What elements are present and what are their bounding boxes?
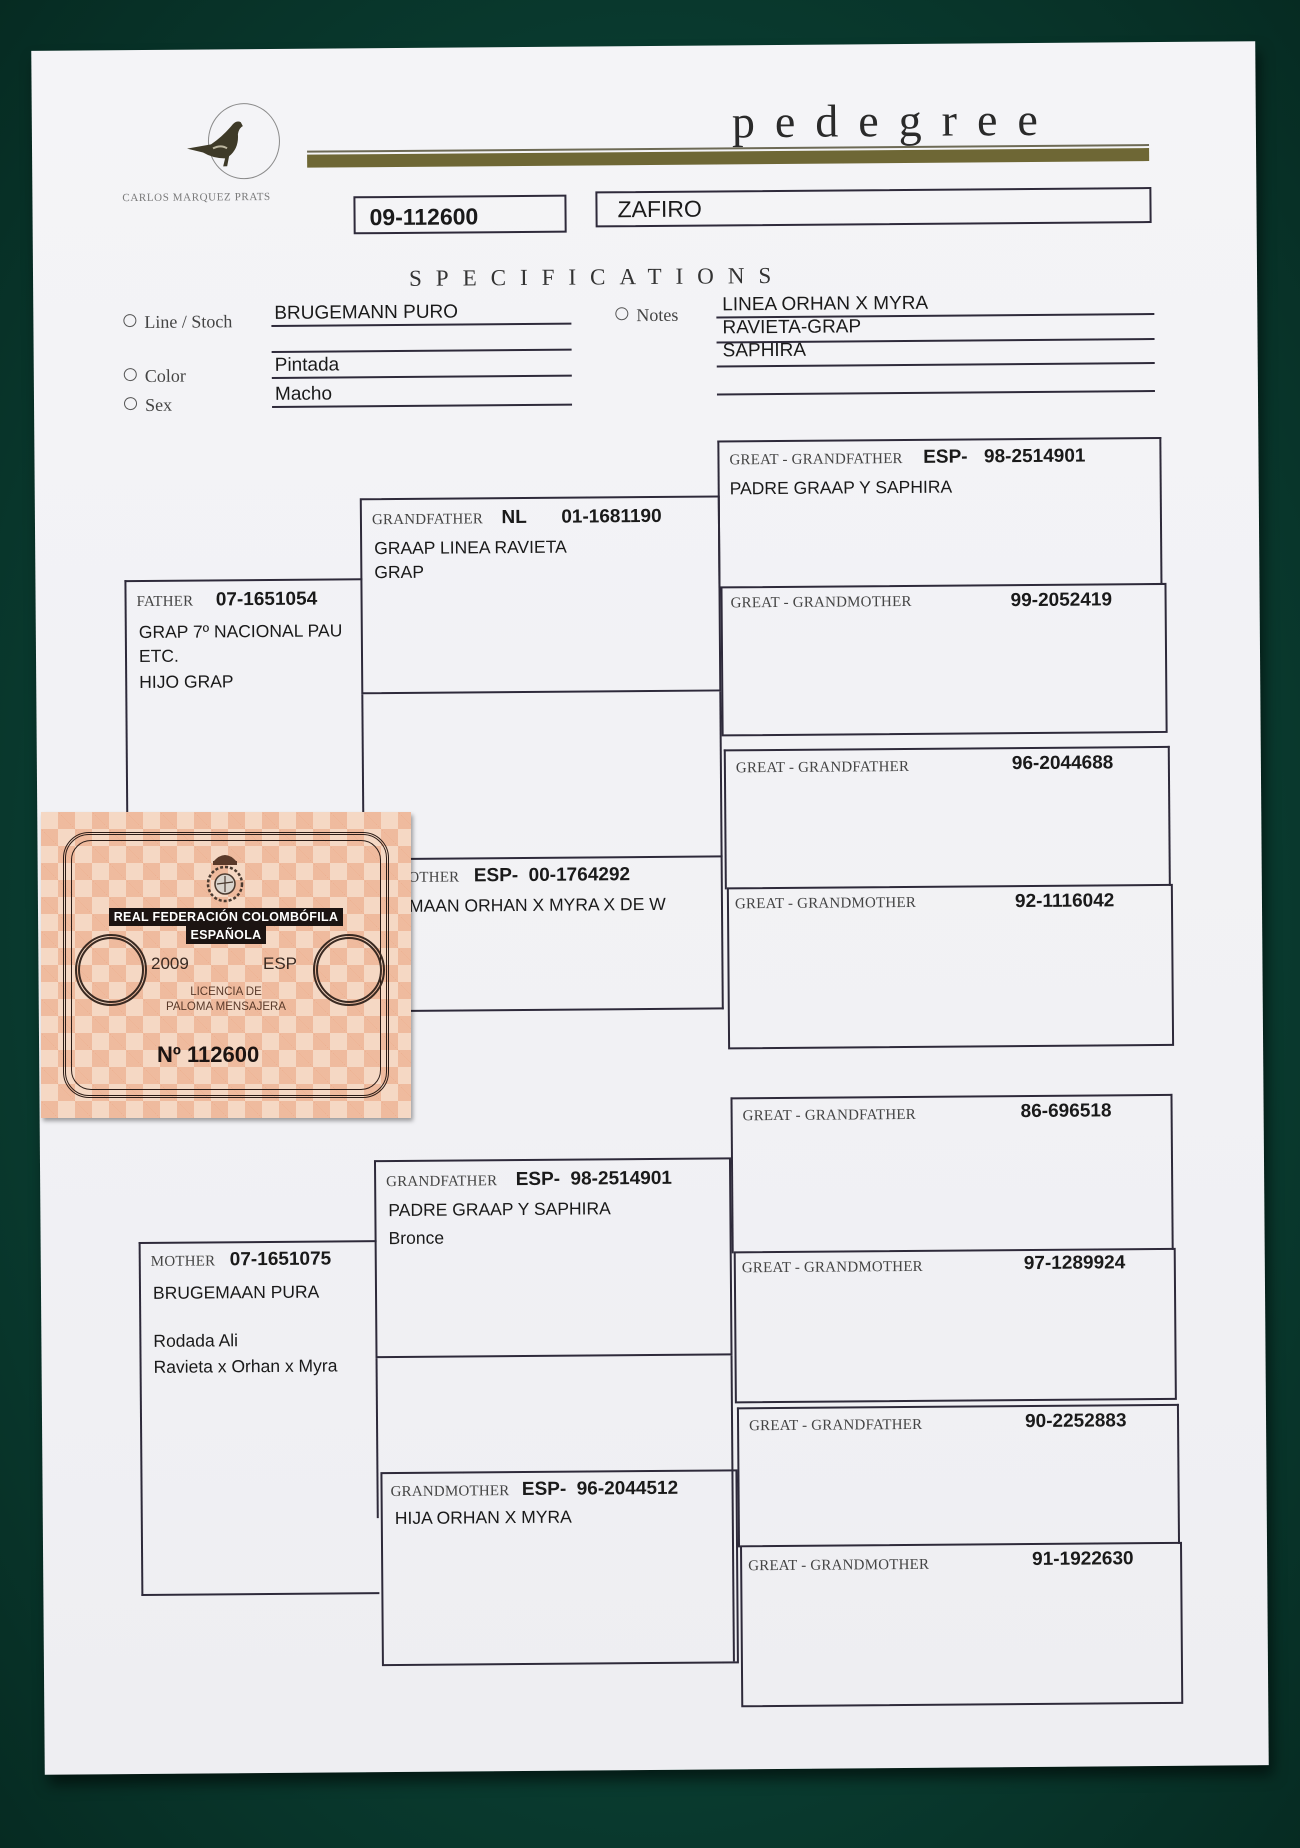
ring-number: 07-1651054 bbox=[216, 589, 318, 611]
radio-circle-icon[interactable] bbox=[123, 314, 136, 327]
bird-name-field[interactable]: ZAFIRO bbox=[595, 187, 1151, 227]
page-title: pedegree bbox=[732, 93, 1058, 149]
role-label: GREAT - GRANDMOTHER bbox=[735, 895, 916, 912]
license-country: ESP bbox=[263, 954, 297, 974]
notes-line-1[interactable]: LINEA ORHAN X MYRA bbox=[722, 293, 928, 317]
great-grandparent-card[interactable]: GREAT - GRANDMOTHER 97-1289924 bbox=[734, 1248, 1177, 1403]
ring-number: 98-2514901 bbox=[570, 1168, 672, 1190]
note-line: GRAP 7º NACIONAL PAU bbox=[139, 618, 343, 644]
note-line: PADRE GRAAP Y SAPHIRA bbox=[388, 1194, 611, 1224]
ring-prefix: ESP- bbox=[474, 865, 519, 886]
ring-number: 96-2044688 bbox=[1012, 752, 1114, 775]
note-line: HIJO GRAP bbox=[139, 668, 343, 694]
maternal-grandfather-card[interactable]: GRANDFATHER ESP- 98-2514901 PADRE GRAAP … bbox=[374, 1157, 733, 1358]
role-label: GREAT - GRANDMOTHER bbox=[742, 1259, 923, 1276]
note-line bbox=[153, 1304, 337, 1327]
radio-circle-icon[interactable] bbox=[124, 368, 137, 381]
role-label: GREAT - GRANDFATHER bbox=[743, 1107, 916, 1124]
note-line: Ravieta x Orhan x Myra bbox=[153, 1352, 337, 1379]
role-label: GREAT - GRANDFATHER bbox=[749, 1417, 922, 1434]
ring-number: 90-2252883 bbox=[1025, 1410, 1127, 1433]
note-line: BRUGEMAAN PURA bbox=[153, 1278, 337, 1305]
note-line: Rodada Ali bbox=[153, 1326, 337, 1353]
radio-circle-icon[interactable] bbox=[615, 307, 628, 320]
ring-number: 00-1764292 bbox=[529, 864, 631, 886]
great-grandparent-card[interactable]: GREAT - GRANDFATHER 90-2252883 bbox=[737, 1404, 1180, 1547]
notes-underline bbox=[717, 362, 1155, 367]
great-grandparent-card[interactable]: GREAT - GRANDMOTHER 92-1116042 bbox=[727, 884, 1174, 1049]
note-line: GRAP bbox=[374, 559, 567, 585]
line-stoch-label: Line / Stoch bbox=[123, 311, 232, 333]
spec-blank-underline bbox=[272, 349, 572, 353]
specifications-heading: SPECIFICATIONS bbox=[409, 263, 785, 292]
license-type-line2: PALOMA MENSAJERA bbox=[41, 1001, 411, 1013]
mother-card[interactable]: MOTHER 07-1651075 BRUGEMAAN PURA Rodada … bbox=[139, 1240, 380, 1596]
notes-label: Notes bbox=[615, 305, 678, 326]
radio-circle-icon[interactable] bbox=[124, 397, 137, 410]
color-value[interactable]: Pintada bbox=[275, 354, 340, 377]
role-label: GREAT - GRANDMOTHER bbox=[731, 594, 912, 611]
notes-line-3[interactable]: SAPHIRA bbox=[723, 340, 807, 363]
ring-number: 86-696518 bbox=[1021, 1100, 1112, 1123]
ring-number: 98-2514901 bbox=[984, 446, 1086, 468]
great-grandparent-card[interactable]: GREAT - GRANDFATHER 96-2044688 bbox=[724, 746, 1171, 889]
bird-name: ZAFIRO bbox=[617, 196, 702, 224]
color-label: Color bbox=[124, 366, 186, 387]
sex-value[interactable]: Macho bbox=[275, 383, 332, 405]
ring-number: 99-2052419 bbox=[1011, 589, 1113, 612]
ring-number: 97-1289924 bbox=[1024, 1252, 1126, 1275]
pigeon-logo-icon bbox=[208, 103, 281, 180]
ring-prefix: NL bbox=[501, 507, 526, 528]
great-grandparent-card[interactable]: GREAT - GRANDMOTHER 91-1922630 bbox=[740, 1542, 1183, 1707]
ring-prefix: ESP- bbox=[522, 1479, 567, 1500]
ring-number: 96-2044512 bbox=[577, 1478, 679, 1500]
father-card[interactable]: FATHER 07-1651054 GRAP 7º NACIONAL PAU E… bbox=[124, 578, 364, 818]
note-line: PADRE GRAAP Y SAPHIRA bbox=[730, 475, 953, 501]
note-line: JGEMAAN ORHAN X MYRA X DE W bbox=[375, 892, 666, 918]
license-card: REAL FEDERACIÓN COLOMBÓFILA ESPAÑOLA 200… bbox=[41, 812, 411, 1118]
ring-number: 09-112600 bbox=[369, 203, 478, 231]
role-label: MOTHER bbox=[151, 1253, 216, 1270]
paternal-grandfather-card[interactable]: GRANDFATHER NL 01-1681190 GRAAP LINEA RA… bbox=[360, 495, 722, 694]
license-type-line1: LICENCIA DE bbox=[41, 986, 411, 998]
sex-label: Sex bbox=[124, 395, 172, 416]
ring-number: 07-1651075 bbox=[230, 1249, 332, 1271]
great-grandparent-card[interactable]: GREAT - GRANDFATHER ESP- 98-2514901 PADR… bbox=[717, 437, 1162, 588]
great-grandparent-card[interactable]: GREAT - GRANDFATHER 86-696518 bbox=[730, 1094, 1173, 1253]
breeder-name: CARLOS MARQUEZ PRATS bbox=[122, 191, 270, 204]
role-label: GREAT - GRANDFATHER bbox=[736, 759, 909, 776]
notes-line-2[interactable]: RAVIETA-GRAP bbox=[722, 316, 861, 339]
ring-prefix: ESP- bbox=[923, 446, 968, 467]
role-label: GRANDFATHER bbox=[372, 511, 483, 528]
note-line: Bronce bbox=[388, 1222, 611, 1252]
maternal-grandmother-card[interactable]: GRANDMOTHER ESP- 96-2044512 HIJA ORHAN X… bbox=[380, 1469, 739, 1666]
paternal-grandmother-card[interactable]: NDMOTHER ESP- 00-1764292 JGEMAAN ORHAN X… bbox=[363, 857, 724, 1012]
breeder-logo: CARLOS MARQUEZ PRATS bbox=[31, 41, 1255, 51]
royal-crest-icon bbox=[203, 848, 247, 904]
notes-underline bbox=[717, 390, 1155, 395]
ring-number: 92-1116042 bbox=[1015, 890, 1115, 913]
role-label: GREAT - GRANDMOTHER bbox=[748, 1557, 929, 1574]
note-line: ETC. bbox=[139, 642, 343, 668]
license-year: 2009 bbox=[151, 954, 189, 974]
note-line: HIJA ORHAN X MYRA bbox=[395, 1505, 572, 1530]
great-grandparent-card[interactable]: GREAT - GRANDMOTHER 99-2052419 bbox=[720, 583, 1167, 736]
ring-number-field[interactable]: 09-112600 bbox=[353, 195, 566, 235]
ring-number: 91-1922630 bbox=[1032, 1548, 1134, 1571]
license-number: Nº 112600 bbox=[157, 1042, 259, 1068]
ring-number: 01-1681190 bbox=[561, 506, 662, 528]
organization-name: REAL FEDERACIÓN COLOMBÓFILA bbox=[41, 908, 411, 926]
role-label: FATHER bbox=[137, 594, 194, 610]
note-line: GRAAP LINEA RAVIETA bbox=[374, 535, 567, 561]
role-label: GRANDMOTHER bbox=[391, 1483, 510, 1500]
role-label: GRANDFATHER bbox=[386, 1173, 497, 1190]
role-label: GREAT - GRANDFATHER bbox=[729, 451, 902, 468]
line-stoch-value[interactable]: BRUGEMANN PURO bbox=[274, 301, 458, 324]
ring-prefix: ESP- bbox=[516, 1169, 561, 1190]
